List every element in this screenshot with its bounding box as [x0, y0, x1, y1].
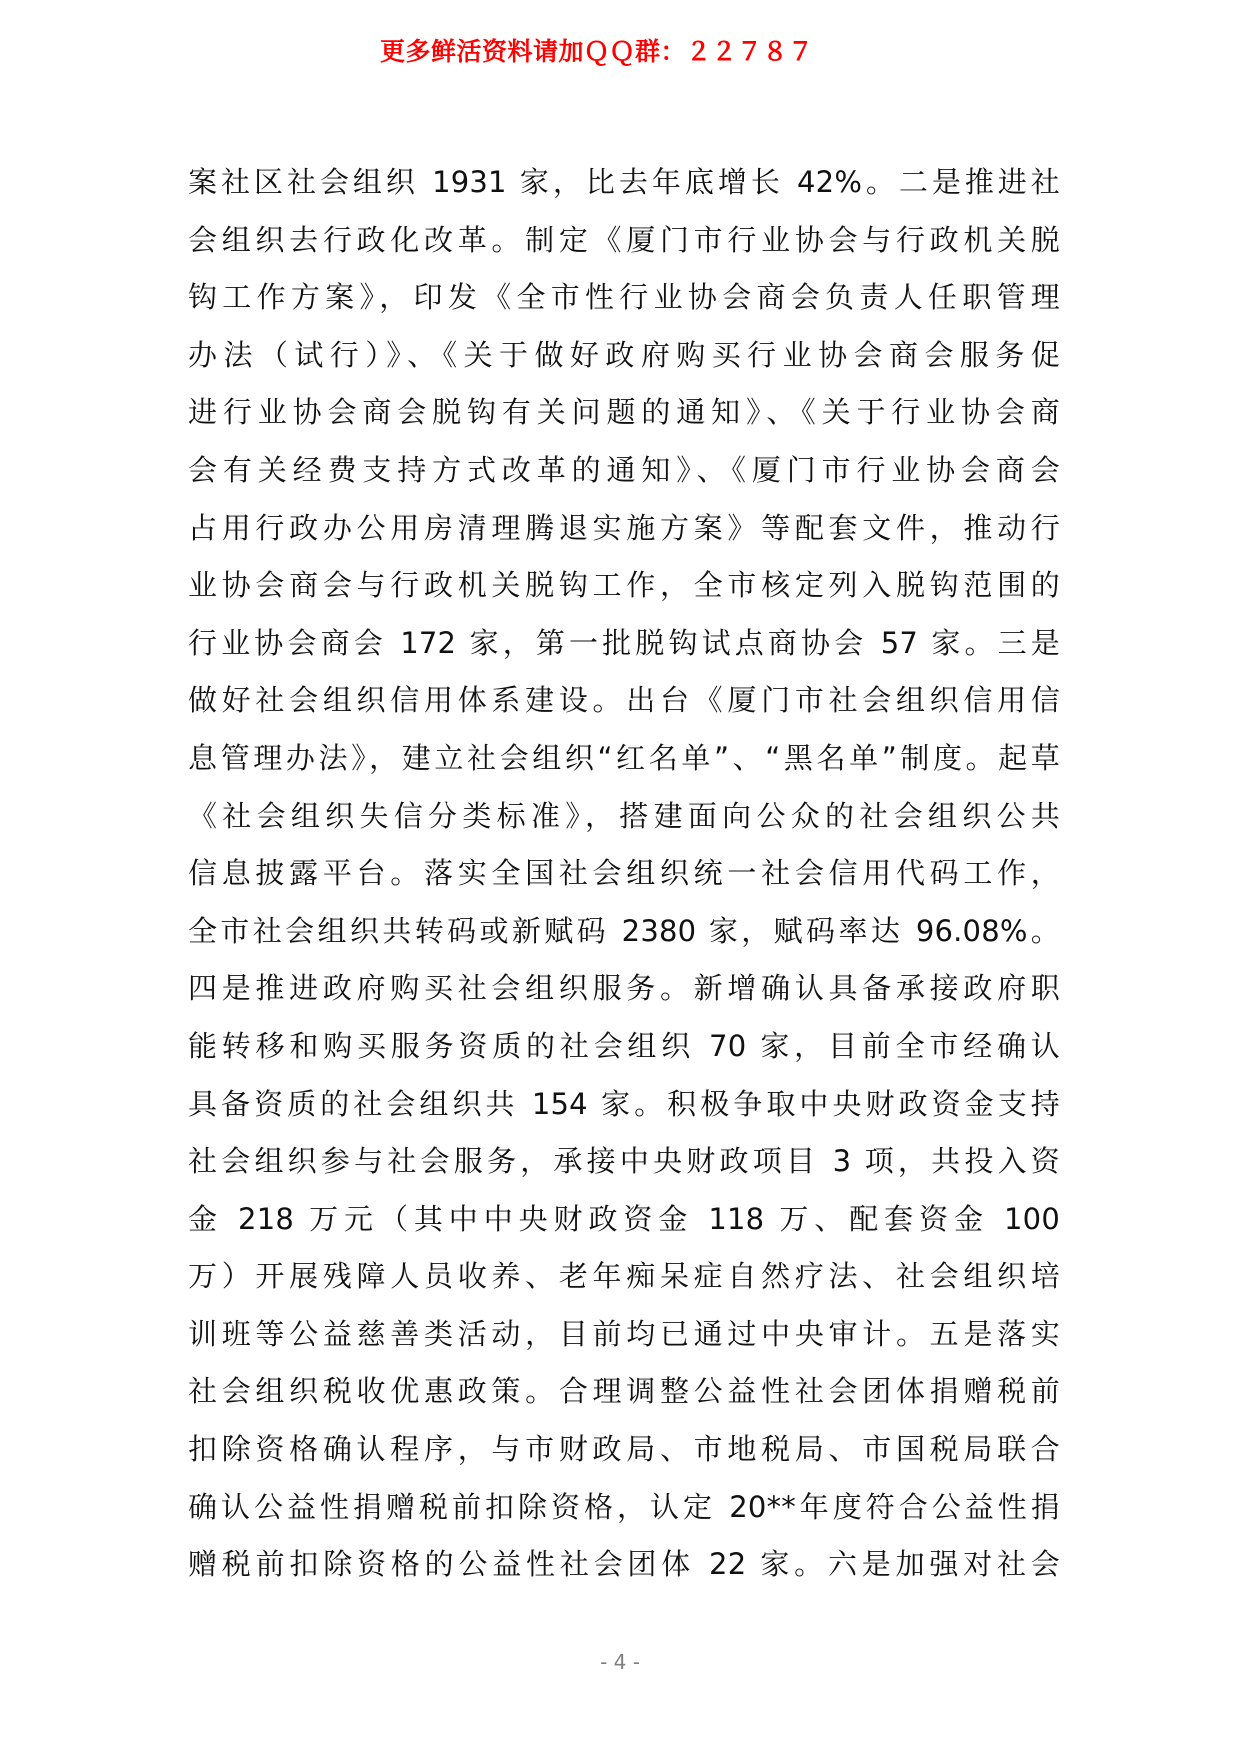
- text-line: 行业协会商会 172 家，第一批脱钩试点商协会 57 家。三是: [188, 615, 1060, 673]
- text-line: 钩工作方案》，印发《全市性行业协会商会负责人任职管理: [188, 269, 1060, 327]
- text-line: 办法（试行）》、《关于做好政府购买行业协会商会服务促: [188, 327, 1060, 385]
- text-line: 会有关经费支持方式改革的通知》、《厦门市行业协会商会: [188, 442, 1060, 500]
- text-line: 确认公益性捐赠税前扣除资格，认定 20**年度符合公益性捐: [188, 1479, 1060, 1537]
- text-line: 赠税前扣除资格的公益性社会团体 22 家。六是加强对社会: [188, 1536, 1060, 1594]
- text-line: 训班等公益慈善类活动，目前均已通过中央审计。五是落实: [188, 1306, 1060, 1364]
- text-line: 进行业协会商会脱钩有关问题的通知》、《关于行业协会商: [188, 384, 1060, 442]
- text-line: 四是推进政府购买社会组织服务。新增确认具备承接政府职: [188, 960, 1060, 1018]
- text-line: 会组织去行政化改革。制定《厦门市行业协会与行政机关脱: [188, 212, 1060, 270]
- text-line: 社会组织参与社会服务，承接中央财政项目 3 项，共投入资: [188, 1133, 1060, 1191]
- text-line: 占用行政办公用房清理腾退实施方案》等配套文件，推动行: [188, 500, 1060, 558]
- text-line: 能转移和购买服务资质的社会组织 70 家，目前全市经确认: [188, 1018, 1060, 1076]
- document-body: 案社区社会组织 1931 家，比去年底增长 42%。二是推进社 会组织去行政化改…: [188, 154, 1060, 1594]
- text-line: 万）开展残障人员收养、老年痴呆症自然疗法、社会组织培: [188, 1248, 1060, 1306]
- text-line: 金 218 万元（其中中央财政资金 118 万、配套资金 100: [188, 1191, 1060, 1249]
- text-line: 全市社会组织共转码或新赋码 2380 家，赋码率达 96.08%。: [188, 903, 1060, 961]
- text-line: 做好社会组织信用体系建设。出台《厦门市社会组织信用信: [188, 672, 1060, 730]
- text-line: 社会组织税收优惠政策。合理调整公益性社会团体捐赠税前: [188, 1363, 1060, 1421]
- text-line: 案社区社会组织 1931 家，比去年底增长 42%。二是推进社: [188, 154, 1060, 212]
- text-line: 扣除资格确认程序，与市财政局、市地税局、市国税局联合: [188, 1421, 1060, 1479]
- text-line: 信息披露平台。落实全国社会组织统一社会信用代码工作，: [188, 845, 1060, 903]
- page-number: - 4 -: [0, 1650, 1240, 1674]
- promo-banner-text: 更多鲜活资料请加ＱＱ群：２２７８７: [380, 32, 860, 68]
- text-line: 具备资质的社会组织共 154 家。积极争取中央财政资金支持: [188, 1076, 1060, 1134]
- text-line: 业协会商会与行政机关脱钩工作，全市核定列入脱钩范围的: [188, 557, 1060, 615]
- promo-banner: 更多鲜活资料请加ＱＱ群：２２７８７: [0, 32, 1240, 74]
- text-line: 息管理办法》，建立社会组织“红名单”、“黑名单”制度。起草: [188, 730, 1060, 788]
- text-line: 《社会组织失信分类标准》，搭建面向公众的社会组织公共: [188, 788, 1060, 846]
